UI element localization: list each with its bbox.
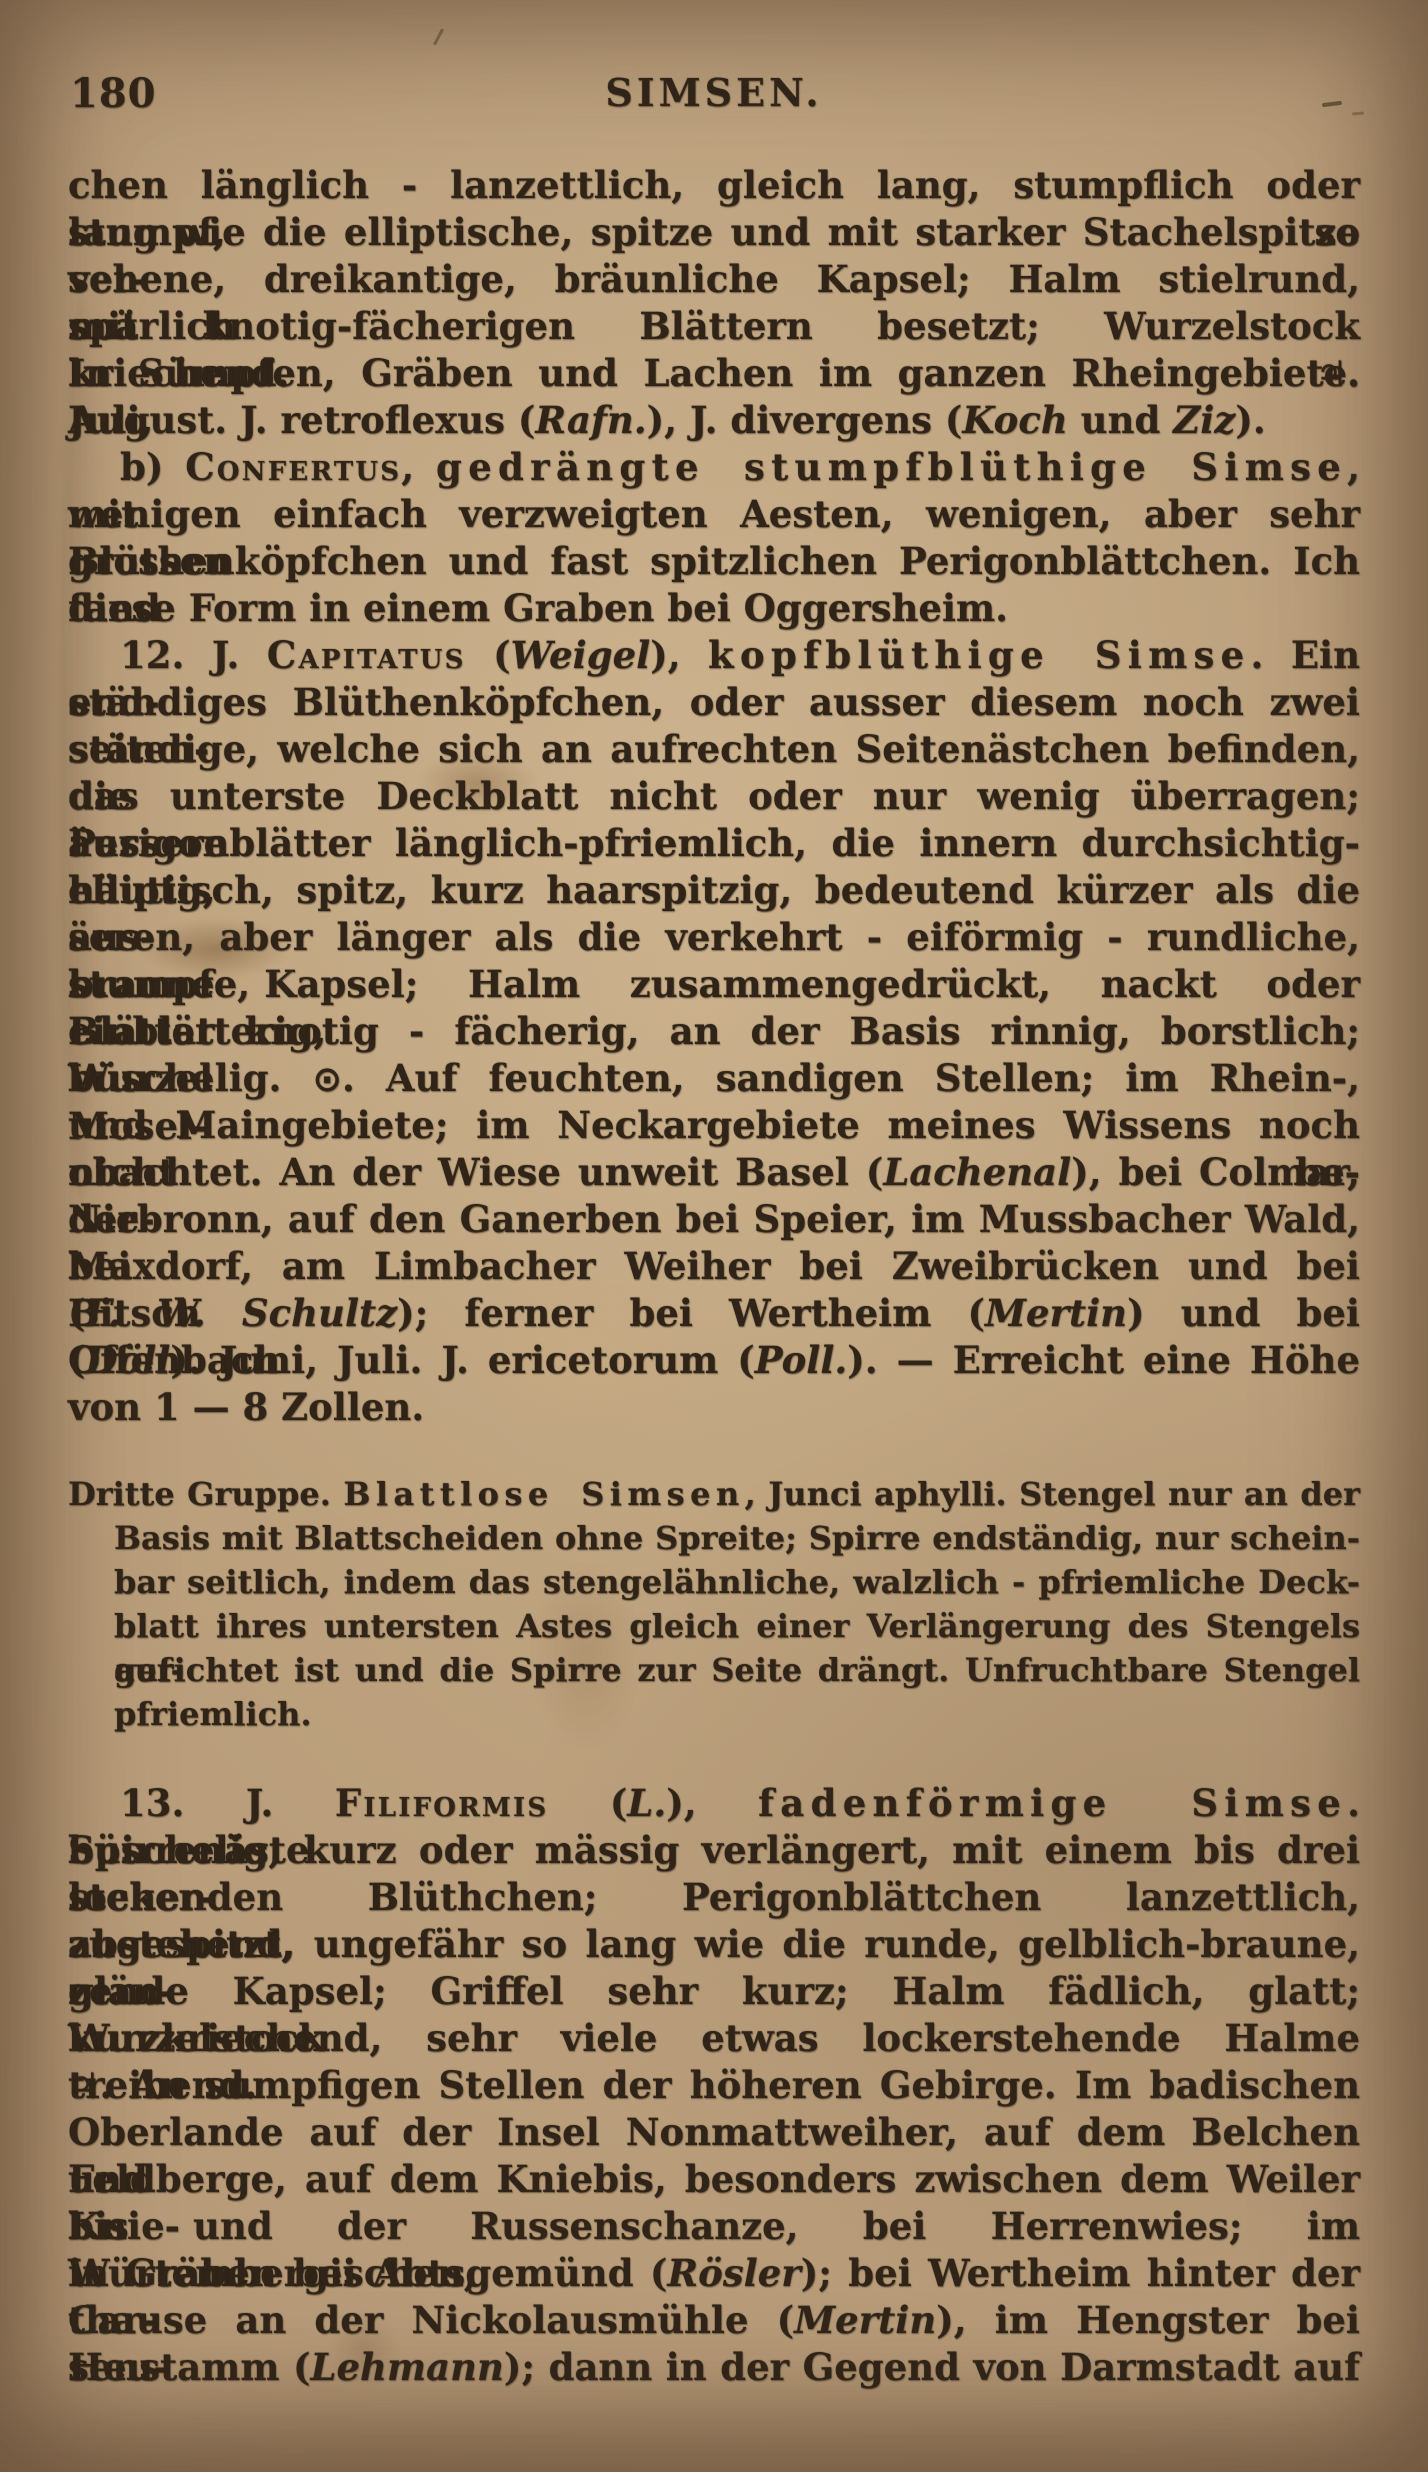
text-segment: Basis mit Blattscheiden ohne Spreite; Sp… (114, 1519, 1360, 1557)
text-line: blatt ihres untersten Astes gleich einer… (114, 1604, 1360, 1648)
text-segment: diese Form in einem Graben bei Oggershei… (68, 586, 1008, 630)
text-segment: b) (120, 445, 185, 489)
text-segment: Dritte Gruppe. (68, 1475, 343, 1513)
group-note-block: Dritte Gruppe. Blattlose Simsen, Junci a… (68, 1472, 1360, 1736)
text-line: das unterste Deckblatt nicht oder nur we… (68, 773, 1360, 820)
text-line: (F. W. Schultz); ferner bei Wertheim (Me… (68, 1290, 1360, 1337)
text-segment: gedrängte stumpfblüthige Simse (436, 445, 1347, 489)
text-segment: F. W. Schultz (86, 1291, 398, 1335)
text-segment: ). (1235, 398, 1265, 442)
main-text-block: chen länglich - lanzettlich, gleich lang… (68, 162, 1360, 1431)
text-line: derbronn, auf den Ganerben bei Speier, i… (68, 1196, 1360, 1243)
text-line: chen länglich - lanzettlich, gleich lang… (68, 162, 1360, 209)
text-line: Blätter knotig - fächerig, an der Basis … (68, 1008, 1360, 1055)
text-segment: Rösler (667, 2251, 800, 2295)
text-segment: von 1 — 8 Zollen. (68, 1385, 424, 1429)
text-line: August. J. retroflexus (Rafn.), J. diver… (68, 397, 1360, 444)
text-segment: Rafn. (535, 398, 646, 442)
text-line: büschelig, kurz oder mässig verlängert, … (68, 1827, 1360, 1874)
text-segment: 13. J. (120, 1781, 335, 1825)
book-page-scan: 180 SIMSEN. chen länglich - lanzettlich,… (0, 0, 1428, 2472)
botanical-symbol: ♃ (68, 2066, 100, 2107)
text-segment: ). Juni, Juli. J. ericetorum ( (170, 1338, 754, 1382)
text-segment: thause an der Nickolausmühle ( (68, 2298, 794, 2342)
text-line: kurzkriechend, sehr viele etwas lockerst… (68, 2015, 1360, 2062)
text-line: stehenden Blüthchen; Perigonblättchen la… (68, 1874, 1360, 1921)
text-line: in Gräben bei Abtsgemünd (Rösler); bei W… (68, 2250, 1360, 2297)
text-segment: ). — Erreicht eine Höhe (847, 1338, 1360, 1382)
text-line: und Maingebiete; im Neckargebiete meines… (68, 1102, 1360, 1149)
text-segment: senstamm ( (68, 2345, 311, 2389)
text-segment: ); dann in der Gegend von Darmstadt auf (504, 2345, 1360, 2389)
text-segment: ), J. divergens ( (647, 398, 963, 442)
text-segment: 12. J. (120, 633, 267, 677)
text-segment: L. (627, 1781, 666, 1825)
text-segment: Mertin (794, 2298, 936, 2342)
text-segment: ( (466, 633, 511, 677)
text-line: mit knotig-fächerigen Blättern besetzt; … (68, 303, 1360, 350)
text-line: wenigen einfach verzweigten Aesten, weni… (68, 491, 1360, 538)
text-line: Dritte Gruppe. Blattlose Simsen, Junci a… (68, 1472, 1360, 1516)
text-line: In Sümpfen, Gräben und Lachen im ganzen … (68, 350, 1360, 397)
text-segment: Ziz (1173, 398, 1235, 442)
text-segment: . An sumpfigen Stellen der höheren Gebir… (100, 2063, 1360, 2107)
text-segment: Döll (86, 1338, 171, 1382)
text-line: sehene, dreikantige, bräunliche Kapsel; … (68, 256, 1360, 303)
text-segment: gerichtet ist und die Spirre zur Seite d… (114, 1651, 1360, 1689)
text-line: Perigonblätter länglich-pfriemlich, die … (68, 820, 1360, 867)
text-segment: ), (650, 633, 708, 677)
text-segment: Filiformis (335, 1781, 549, 1825)
text-line: Basis mit Blattscheiden ohne Spreite; Sp… (114, 1516, 1360, 1560)
text-line: ♃. An sumpfigen Stellen der höheren Gebi… (68, 2062, 1360, 2109)
text-segment: Blattlose Simsen (343, 1475, 744, 1513)
text-line: bis und der Russenschanze, bei Herrenwie… (68, 2203, 1360, 2250)
text-line: (Döll). Juni, Juli. J. ericetorum (Poll.… (68, 1337, 1360, 1384)
text-segment: ( (548, 1781, 627, 1825)
text-line: braune Kapsel; Halm zusammengedrückt, na… (68, 961, 1360, 1008)
species-13-block: 13. J. Filiformis (L.), fadenförmige Sim… (68, 1780, 1360, 2391)
text-segment: kopfblüthige Simse (708, 633, 1250, 677)
text-line: 13. J. Filiformis (L.), fadenförmige Sim… (68, 1780, 1360, 1827)
page-number: 180 (70, 70, 157, 117)
text-line: lang wie die elliptische, spitze und mit… (68, 209, 1360, 256)
ink-speck (433, 28, 444, 45)
text-line: zende Kapsel; Griffel sehr kurz; Halm fä… (68, 1968, 1360, 2015)
text-segment: Weigel (511, 633, 651, 677)
text-line: abstehend, ungefähr so lang wie die rund… (68, 1921, 1360, 1968)
text-segment: pfriemlich. (114, 1695, 312, 1733)
text-line: von 1 — 8 Zollen. (68, 1384, 1360, 1431)
text-line: diese Form in einem Graben bei Oggershei… (68, 585, 1360, 632)
text-segment: ( (68, 1338, 86, 1382)
text-segment: obachtet. An der Wiese unweit Basel ( (68, 1150, 883, 1194)
botanical-symbol: ⊙ (313, 1059, 342, 1100)
text-segment: Poll. (755, 1338, 848, 1382)
text-line: elliptisch, spitz, kurz haarspitzig, bed… (68, 867, 1360, 914)
text-line: ständiges Blüthenköpfchen, oder ausser d… (68, 679, 1360, 726)
text-segment: Lehmann (311, 2345, 504, 2389)
text-line: ständige, welche sich an aufrechten Seit… (68, 726, 1360, 773)
text-line: b) Confertus, gedrängte stumpfblüthige S… (68, 444, 1360, 491)
text-segment: und (1068, 398, 1173, 442)
text-line: 12. J. Capitatus (Weigel), kopfblüthige … (68, 632, 1360, 679)
text-segment: Lachenal (883, 1150, 1071, 1194)
text-segment: büschelig. (68, 1056, 313, 1100)
text-line: gerichtet ist und die Spirre zur Seite d… (114, 1648, 1360, 1692)
text-line: Oberlande auf der Insel Nonmattweiher, a… (68, 2109, 1360, 2156)
text-line: Blüthenköpfchen und fast spitzlichen Per… (68, 538, 1360, 585)
text-line: seren, aber länger als die verkehrt - ei… (68, 914, 1360, 961)
text-line: Feldberge, auf dem Kniebis, besonders zw… (68, 2156, 1360, 2203)
text-segment: in Gräben bei Abtsgemünd ( (68, 2251, 667, 2295)
text-segment: Mertin (985, 1291, 1127, 1335)
text-segment: ( (68, 1291, 86, 1335)
text-segment: , (401, 445, 436, 489)
text-line: büschelig. ⊙. Auf feuchten, sandigen Ste… (68, 1055, 1360, 1102)
text-line: obachtet. An der Wiese unweit Basel (Lac… (68, 1149, 1360, 1196)
text-segment: Koch (962, 398, 1067, 442)
text-line: thause an der Nickolausmühle (Mertin), i… (68, 2297, 1360, 2344)
text-segment: ); ferner bei Wertheim ( (397, 1291, 985, 1335)
text-line: bar seitlich, indem das stengelähnliche,… (114, 1560, 1360, 1604)
text-segment: , Junci aphylli. Stengel nur an der (745, 1475, 1360, 1513)
text-segment: bar seitlich, indem das stengelähnliche,… (114, 1563, 1360, 1601)
running-title: SIMSEN. (605, 70, 822, 115)
text-segment: ), (666, 1781, 758, 1825)
text-line: senstamm (Lehmann); dann in der Gegend v… (68, 2344, 1360, 2391)
text-line: Maxdorf, am Limbacher Weiher bei Zweibrü… (68, 1243, 1360, 1290)
text-segment: fadenförmige Simse (758, 1781, 1347, 1825)
text-segment: Capitatus (267, 633, 466, 677)
page-header: 180 SIMSEN. (68, 70, 1360, 122)
text-segment: Confertus (185, 445, 401, 489)
text-segment: August. J. retroflexus ( (68, 398, 535, 442)
text-line: pfriemlich. (114, 1692, 1360, 1736)
